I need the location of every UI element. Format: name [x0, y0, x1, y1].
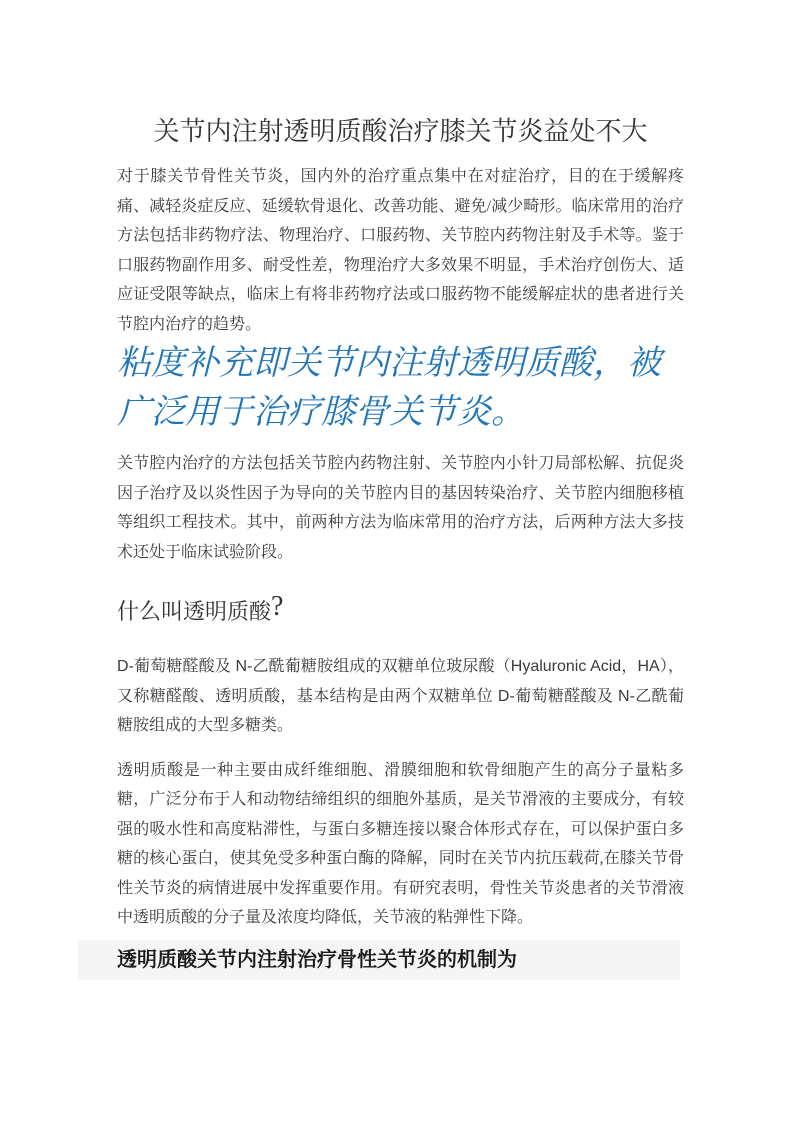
paragraph-intra-articular-methods: 关节腔内治疗的方法包括关节腔内药物注射、关节腔内小针刀局部松解、抗促炎因子治疗及…	[117, 449, 684, 567]
paragraph-ha-properties: 透明质酸是一种主要由成纤维细胞、滑膜细胞和软骨细胞产生的高分子量粘多糖，广泛分布…	[117, 756, 684, 933]
section-heading-what-is-ha: 什么叫透明质酸?	[117, 593, 684, 630]
question-mark: ?	[271, 591, 283, 622]
document-page: 关节内注射透明质酸治疗膝关节炎益处不大 对于膝关节骨性关节炎，国内外的治疗重点集…	[117, 0, 684, 980]
section-heading-text: 什么叫透明质酸	[117, 599, 271, 624]
pull-quote-viscosupplementation: 粘度补充即关节内注射透明质酸，被广泛用于治疗膝骨关节炎。	[117, 339, 684, 437]
article-title: 关节内注射透明质酸治疗膝关节炎益处不大	[117, 0, 684, 154]
mechanism-heading: 透明质酸关节内注射治疗骨性关节炎的机制为	[78, 940, 680, 980]
paragraph-treatment-overview: 对于膝关节骨性关节炎，国内外的治疗重点集中在对症治疗，目的在于缓解疼痛、减轻炎症…	[117, 162, 684, 339]
paragraph-ha-definition: D-葡萄糖醛酸及 N-乙酰葡糖胺组成的双糖单位玻尿酸（Hyaluronic Ac…	[117, 652, 684, 741]
